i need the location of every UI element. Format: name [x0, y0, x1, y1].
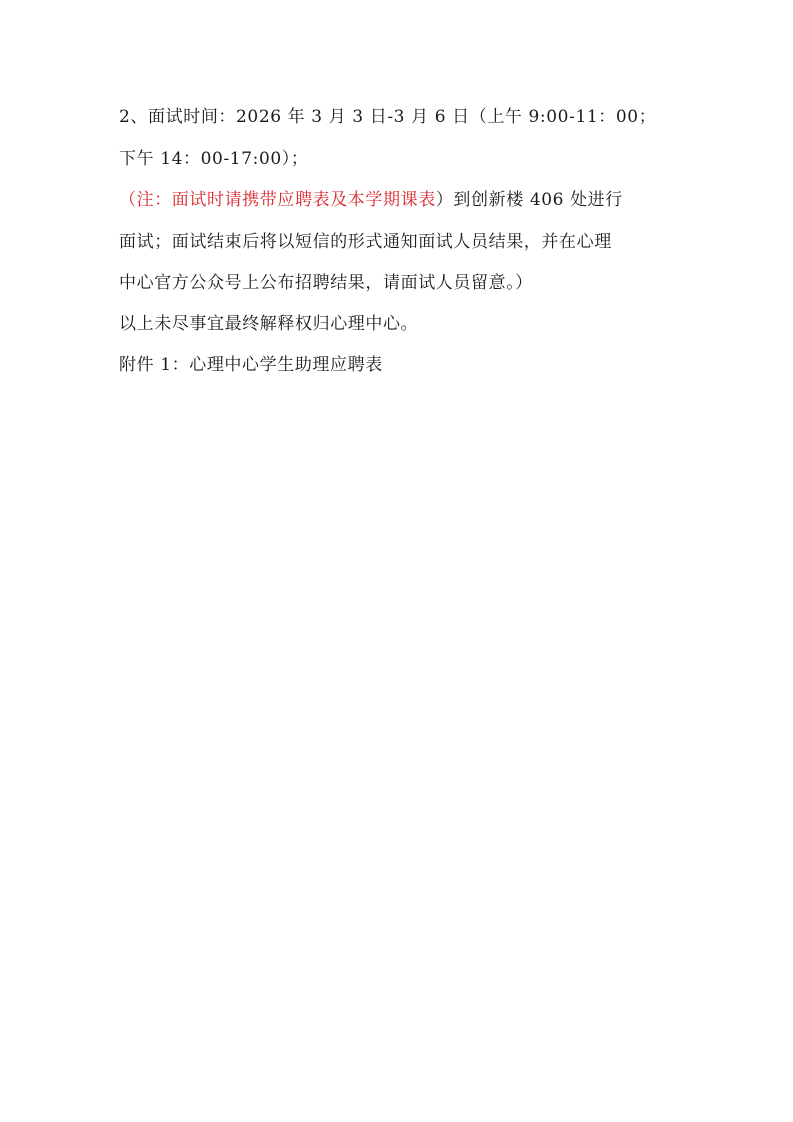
attachment-text: 附件 1：心理中心学生助理应聘表 [119, 354, 383, 376]
interview-time-line-1: 2、面试时间：2026 年 3 月 3 日-3 月 6 日（上午 9:00-11… [119, 106, 656, 128]
interview-note-line-3: 中心官方公众号上公布招聘结果，请面试人员留意。） [119, 272, 533, 294]
interview-note-red-text: （注：面试时请携带应聘表及本学期课表 [119, 190, 436, 210]
interview-location-text: ）到创新楼 406 处进行 [436, 190, 623, 210]
interview-time-line-2: 下午 14：00-17:00）； [119, 148, 309, 170]
final-interpretation-text: 以上未尽事宜最终解释权归心理中心。 [119, 313, 418, 335]
document-page: 2、面试时间：2026 年 3 月 3 日-3 月 6 日（上午 9:00-11… [0, 0, 793, 1122]
interview-note-line-1: （注：面试时请携带应聘表及本学期课表）到创新楼 406 处进行 [119, 189, 623, 211]
interview-note-line-2: 面试；面试结束后将以短信的形式通知面试人员结果，并在心理 [119, 231, 612, 253]
